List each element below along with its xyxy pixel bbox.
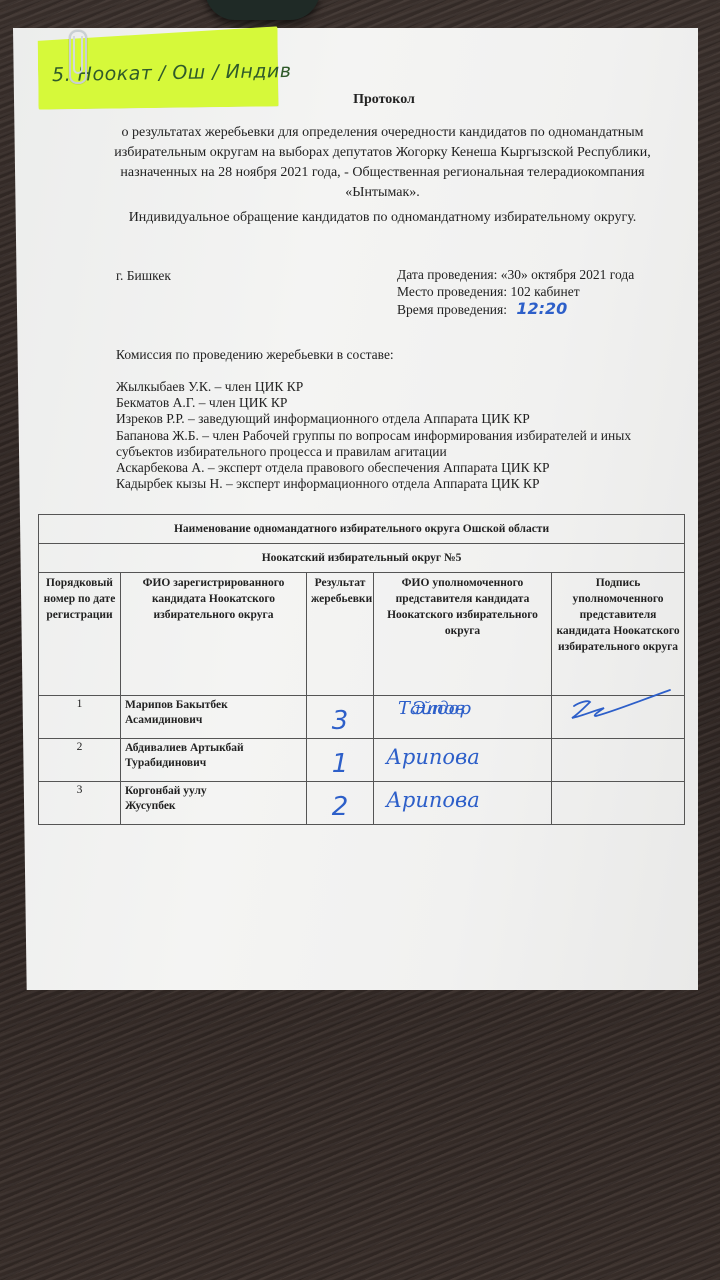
- table-row: 2 Абдивалиев Артыкбай Турабидинович 1 Ар…: [39, 739, 685, 782]
- draw-result-handwritten: 2: [307, 792, 373, 822]
- candidate-name-line: Коргонбай уулу: [125, 784, 302, 799]
- representative-handwritten: Арипова: [386, 792, 480, 809]
- header-candidate: ФИО зарегистрированного кандидата Ноокат…: [121, 573, 307, 696]
- draw-results-table: Наименование одномандатного избирательно…: [38, 514, 685, 825]
- document-title: Протокол: [0, 92, 720, 108]
- individual-appeal: Индивидуальное обращение кандидатов по о…: [110, 210, 655, 226]
- candidate-name-line: Асамидинович: [125, 713, 302, 728]
- representative-handwritten: Арипова: [386, 749, 480, 766]
- candidate-name: Коргонбай уулу Жусупбек: [121, 782, 307, 825]
- document-subtitle: о результатах жеребьевки для определения…: [110, 123, 655, 203]
- representative-name: ТайповЭлдор: [374, 696, 552, 739]
- signature-icon: [552, 688, 682, 728]
- sticky-note-text: 5. Ноокат / Ош / Индив: [52, 60, 292, 86]
- row-number: 1: [39, 696, 121, 739]
- candidate-name: Абдивалиев Артыкбай Турабидинович: [121, 739, 307, 782]
- commission-title: Комиссия по проведению жеребьевки в сост…: [116, 347, 394, 363]
- header-number: Порядковый номер по дате регистрации: [39, 573, 121, 696]
- representative-line: Элдор: [412, 700, 471, 717]
- draw-result: 2: [307, 782, 374, 825]
- candidate-name-line: Турабидинович: [125, 756, 302, 771]
- member-line: Кадырбек кызы Н. – эксперт информационно…: [116, 476, 676, 492]
- time-label: Время проведения:: [397, 302, 507, 317]
- paperclip-inner: [73, 36, 83, 74]
- header-representative: ФИО уполномоченного представителя кандид…: [374, 573, 552, 696]
- time-handwritten: 12:20: [516, 299, 567, 318]
- region-banner: Наименование одномандатного избирательно…: [39, 515, 685, 544]
- draw-result: 1: [307, 739, 374, 782]
- event-meta: Дата проведения: «30» октября 2021 года …: [397, 266, 634, 318]
- candidate-name-line: Марипов Бакытбек: [125, 698, 302, 713]
- signature-cell: [552, 739, 685, 782]
- header-result: Результат жеребьевки: [307, 573, 374, 696]
- district-banner: Ноокатский избирательный округ №5: [39, 544, 685, 573]
- table-row: 3 Коргонбай уулу Жусупбек 2 Арипова: [39, 782, 685, 825]
- pen-cap: [205, 0, 320, 20]
- candidate-name: Марипов Бакытбек Асамидинович: [121, 696, 307, 739]
- representative-name: Арипова: [374, 782, 552, 825]
- member-line: Жылкыбаев У.К. – член ЦИК КР: [116, 379, 676, 395]
- header-signature: Подпись уполномоченного представителя ка…: [552, 573, 685, 696]
- table-row: 1 Марипов Бакытбек Асамидинович 3 Тайпов…: [39, 696, 685, 739]
- member-line: Аскарбекова А. – эксперт отдела правовог…: [116, 460, 676, 476]
- signature-cell: [552, 782, 685, 825]
- representative-name: Арипова: [374, 739, 552, 782]
- draw-result-handwritten: 1: [307, 749, 373, 779]
- row-number: 3: [39, 782, 121, 825]
- signature-cell: [552, 696, 685, 739]
- date-line: Дата проведения: «30» октября 2021 года: [397, 266, 634, 283]
- time-line: Время проведения: 12:20: [397, 300, 634, 318]
- candidate-name-line: Абдивалиев Артыкбай: [125, 741, 302, 756]
- draw-result-handwritten: 3: [307, 706, 373, 736]
- commission-members: Жылкыбаев У.К. – член ЦИК КР Бекматов А.…: [116, 379, 676, 492]
- city: г. Бишкек: [116, 268, 171, 284]
- member-line: Изреков Р.Р. – заведующий информационног…: [116, 411, 676, 427]
- candidate-name-line: Жусупбек: [125, 799, 302, 814]
- member-line: субъектов избирательного процесса и прав…: [116, 444, 676, 460]
- draw-result: 3: [307, 696, 374, 739]
- member-line: Бапанова Ж.Б. – член Рабочей группы по в…: [116, 428, 676, 444]
- place-line: Место проведения: 102 кабинет: [397, 283, 634, 300]
- member-line: Бекматов А.Г. – член ЦИК КР: [116, 395, 676, 411]
- row-number: 2: [39, 739, 121, 782]
